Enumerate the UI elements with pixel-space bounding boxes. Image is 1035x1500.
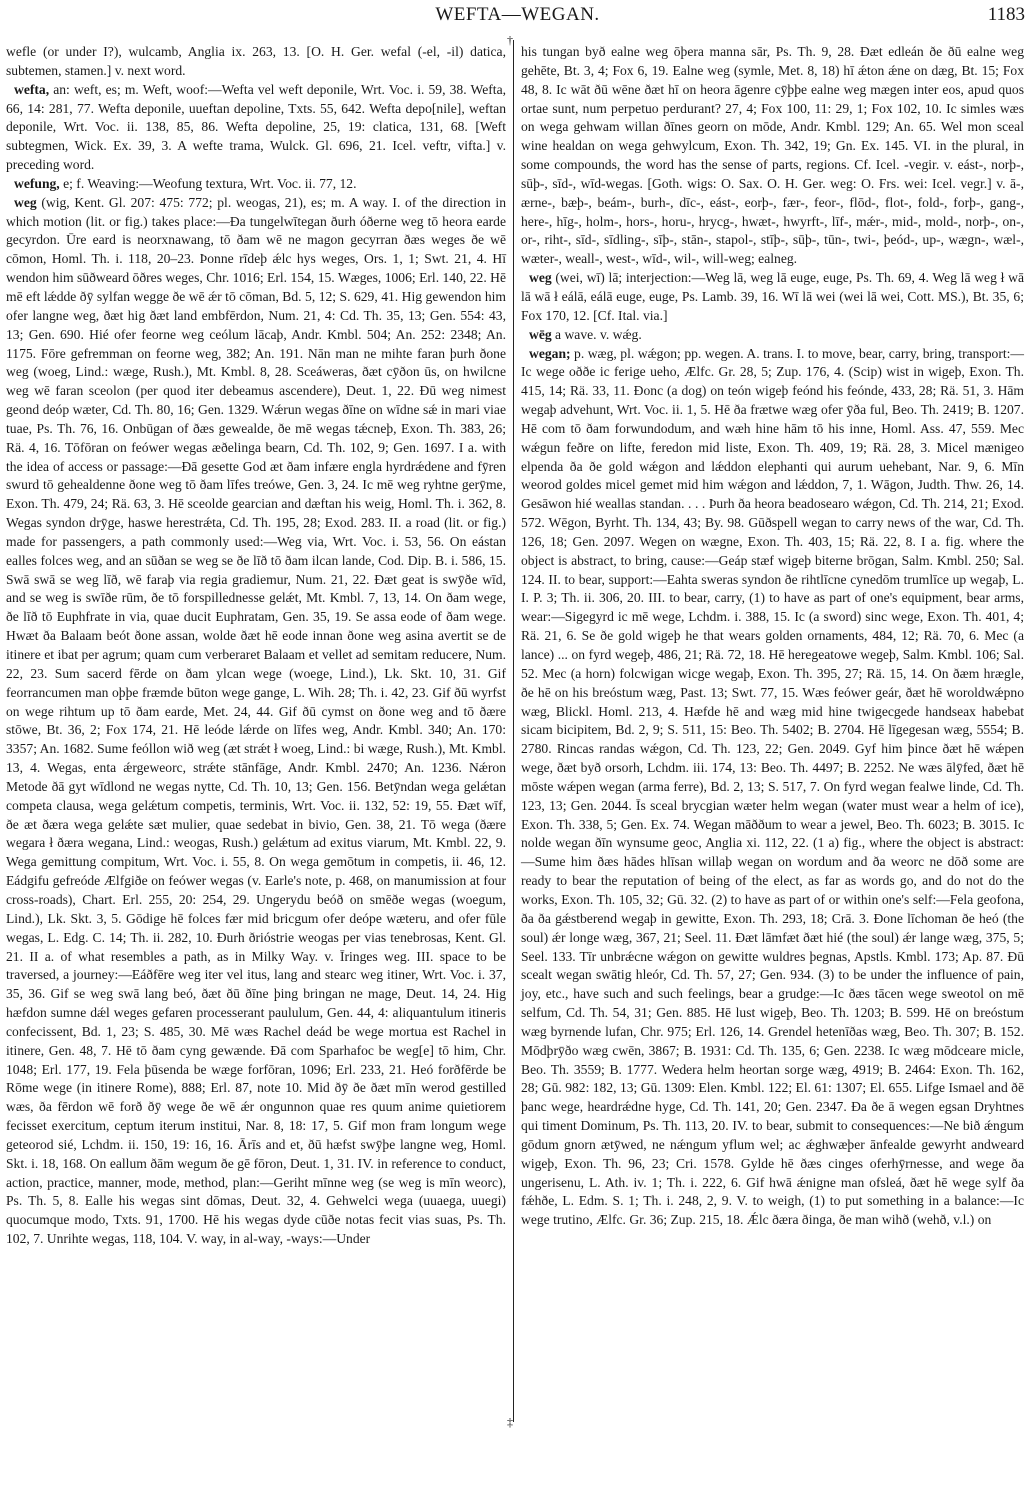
entry-wefta: wefta, an: weft, es; m. Weft, woof:—Weft… — [6, 81, 506, 175]
entry-wegan: wegan; p. wæg, pl. wǽgon; pp. wegen. A. … — [521, 345, 1024, 1231]
headword: weg — [14, 195, 37, 210]
entry-text: e; f. Weaving:—Weofung textura, Wrt. Voc… — [60, 176, 357, 191]
entry-continuation: wefle (or under I?), wulcamb, Anglia ix.… — [6, 43, 506, 81]
headword: wegan; — [529, 346, 571, 361]
page-header: WEFTA—WEGAN. 1183 — [0, 4, 1035, 30]
entry-weg-wave: wēg a wave. v. wǽg. — [521, 326, 1024, 345]
headword: weg — [529, 270, 552, 285]
entry-text: an: weft, es; m. Weft, woof:—Wefta vel w… — [6, 82, 506, 172]
entry-weg-la: weg (wei, wī) lā; interjection:—Weg lā, … — [521, 269, 1024, 326]
headword: wēg — [529, 327, 552, 342]
entry-text: his tungan byð ealne weg ōþera manna sār… — [521, 44, 1024, 266]
column-rule-ornament-bottom-icon: ‡ — [507, 1416, 513, 1428]
page-title: WEFTA—WEGAN. — [0, 4, 1035, 26]
column-divider — [513, 40, 514, 1422]
entry-weg: weg (wig, Kent. Gl. 207: 475: 772; pl. w… — [6, 194, 506, 1249]
entry-text: (wig, Kent. Gl. 207: 475: 772; pl. weoga… — [6, 195, 506, 1246]
entry-wefung: wefung, e; f. Weaving:—Weofung textura, … — [6, 175, 506, 194]
page-number: 1183 — [988, 4, 1025, 26]
left-column: wefle (or under I?), wulcamb, Anglia ix.… — [6, 43, 506, 1249]
entry-text: (wei, wī) lā; interjection:—Weg lā, weg … — [521, 270, 1024, 323]
headword: wefta, — [14, 82, 49, 97]
entry-text: p. wæg, pl. wǽgon; pp. wegen. A. trans. … — [521, 346, 1024, 1228]
right-column: his tungan byð ealne weg ōþera manna sār… — [521, 43, 1024, 1230]
entry-text: wefle (or under I?), wulcamb, Anglia ix.… — [6, 44, 506, 78]
entry-continuation: his tungan byð ealne weg ōþera manna sār… — [521, 43, 1024, 269]
headword: wefung, — [14, 176, 60, 191]
entry-text: a wave. v. wǽg. — [552, 327, 642, 342]
